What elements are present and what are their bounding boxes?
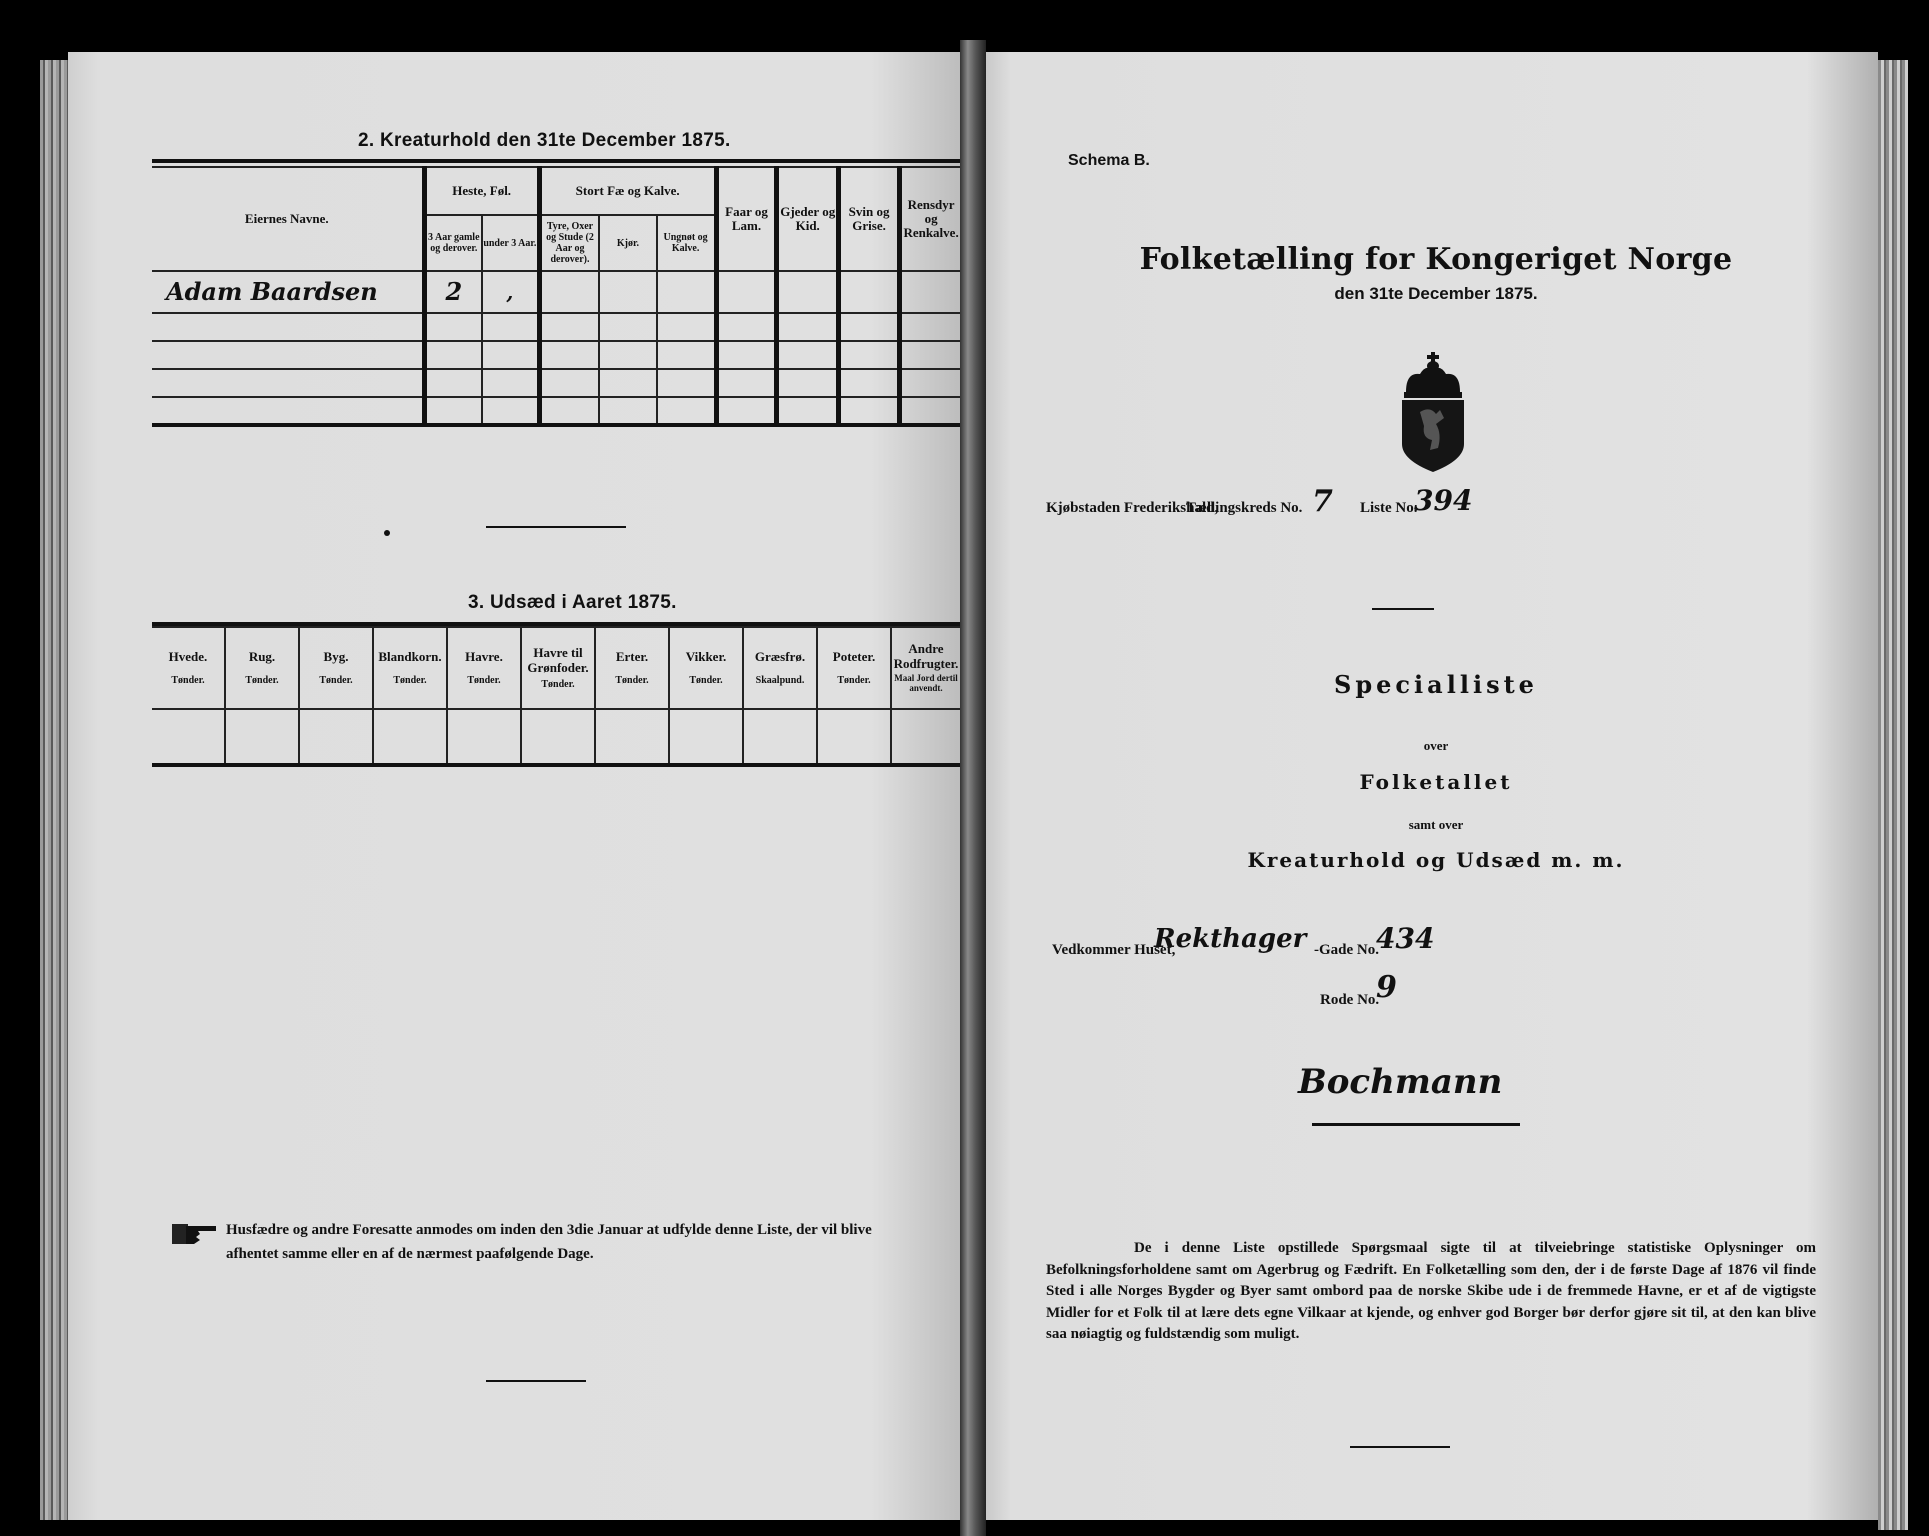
- street-value: Rekthager: [1154, 924, 1306, 954]
- samt-over-text: samt over: [1086, 817, 1786, 833]
- header-horses-3plus: 3 Aar gamle og derover.: [424, 215, 482, 271]
- col-rug: Rug.Tønder.: [225, 627, 299, 709]
- footer-paragraph: De i denne Liste opstillede Spørgsmaal s…: [1046, 1238, 1816, 1346]
- header-horses-under3: under 3 Aar.: [482, 215, 539, 271]
- header-sheep: Faar og Lam.: [716, 167, 777, 271]
- col-erter: Erter.Tønder.: [595, 627, 669, 709]
- col-andre-rodfrugter: Andre Rodfrugter.Maal Jord dertil anvend…: [891, 627, 960, 709]
- list-value: 394: [1414, 484, 1472, 517]
- street-label: -Gade No.: [1314, 942, 1379, 959]
- horses-3plus-cell: 2: [424, 271, 482, 313]
- pointing-hand-icon: [172, 1220, 218, 1246]
- rode-label: Rode No.: [1320, 992, 1379, 1009]
- right-page: Schema B. Folketælling for Kongeriget No…: [986, 52, 1878, 1520]
- col-vikker: Vikker.Tønder.: [669, 627, 743, 709]
- header-cattle-bulls: Tyre, Oxer og Stude (2 Aar og derover).: [539, 215, 599, 271]
- horses-under3-cell: ,: [482, 271, 539, 313]
- header-goats: Gjeder og Kid.: [777, 167, 839, 271]
- book-spine: [960, 40, 986, 1536]
- col-poteter: Poteter.Tønder.: [817, 627, 891, 709]
- specialliste-heading: Specialliste: [1086, 670, 1786, 699]
- divider: [1372, 608, 1434, 610]
- section3-title: 3. Udsæd i Aaret 1875.: [468, 592, 677, 614]
- section2-title: 2. Kreaturhold den 31te December 1875.: [358, 130, 731, 152]
- street-number: 434: [1376, 922, 1434, 955]
- table-row: Adam Baardsen 2 ,: [152, 271, 960, 313]
- col-hvede: Hvede.Tønder.: [152, 627, 225, 709]
- header-horses: Heste, Føl.: [424, 167, 539, 215]
- right-page-edge: [1878, 60, 1908, 1530]
- header-pigs: Svin og Grise.: [838, 167, 899, 271]
- schema-label: Schema B.: [1068, 152, 1150, 170]
- coat-of-arms-icon: [1400, 352, 1466, 472]
- list-label: Liste No.: [1360, 500, 1418, 517]
- over-text: over: [1086, 738, 1786, 754]
- col-blandkorn: Blandkorn.Tønder.: [373, 627, 447, 709]
- signature-underline: [1312, 1123, 1520, 1126]
- divider-bottom: [1350, 1446, 1450, 1448]
- rode-number: 9: [1376, 970, 1397, 1005]
- header-reindeer: Rensdyr og Renkalve.: [900, 167, 960, 271]
- col-havre: Havre.Tønder.: [447, 627, 521, 709]
- census-title: Folketælling for Kongeriget Norge: [1086, 242, 1786, 277]
- seed-table: Hvede.Tønder. Rug.Tønder. Byg.Tønder. Bl…: [152, 626, 960, 767]
- district-label: Tællingskreds No.: [1186, 500, 1302, 517]
- divider: [486, 526, 626, 528]
- col-havre-gronfoder: Havre til Grønfoder.Tønder.: [521, 627, 595, 709]
- district-value: 7: [1312, 484, 1333, 519]
- signature: Bochmann: [1298, 1062, 1502, 1102]
- col-byg: Byg.Tønder.: [299, 627, 373, 709]
- header-cattle-young: Ungnøt og Kalve.: [657, 215, 717, 271]
- divider-bottom: [486, 1380, 586, 1382]
- left-page: 2. Kreaturhold den 31te December 1875. E…: [68, 52, 960, 1520]
- owner-name-cell: Adam Baardsen: [152, 271, 424, 313]
- kreaturhold-heading: Kreaturhold og Udsæd m. m.: [1086, 848, 1786, 872]
- census-date: den 31te December 1875.: [1086, 284, 1786, 304]
- dot-mark: [384, 530, 390, 536]
- left-page-edge: [40, 60, 68, 1520]
- col-graesfro: Græsfrø.Skaalpund.: [743, 627, 817, 709]
- folketallet-heading: Folketallet: [1086, 770, 1786, 794]
- header-cattle-cows: Kjør.: [599, 215, 656, 271]
- notice-text: Husfædre og andre Foresatte anmodes om i…: [226, 1218, 926, 1266]
- header-owner-names: Eiernes Navne.: [152, 167, 424, 271]
- section2-top-rule: [152, 159, 960, 163]
- header-cattle: Stort Fæ og Kalve.: [539, 167, 716, 215]
- table-row: [152, 709, 960, 765]
- livestock-table: Eiernes Navne. Heste, Føl. Stort Fæ og K…: [152, 166, 960, 427]
